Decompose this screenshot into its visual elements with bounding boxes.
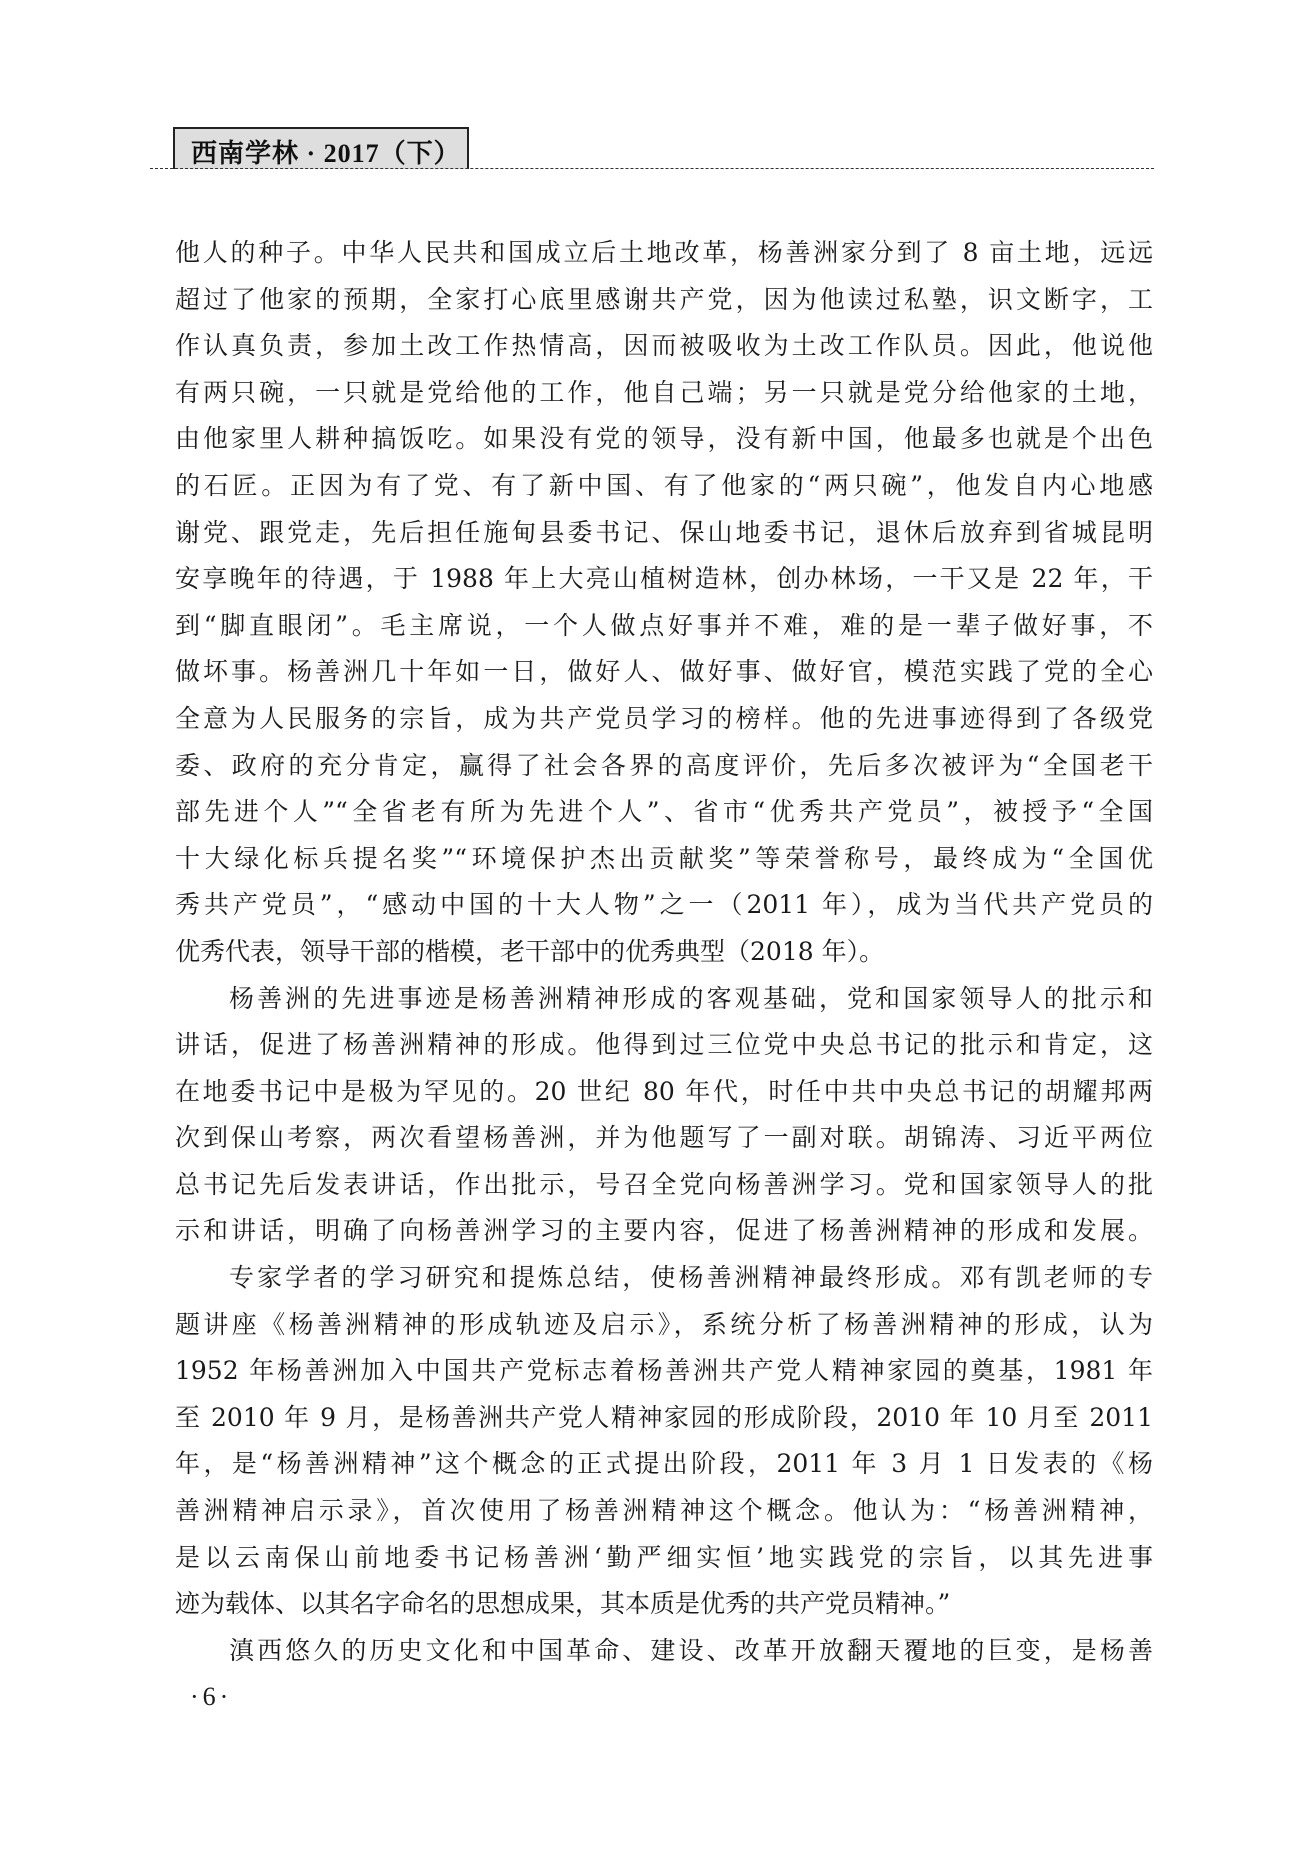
text-line: 杨善洲的先进事迹是杨善洲精神形成的客观基础，党和国家领导人的批示和 (175, 979, 1153, 1026)
body-text: 他人的种子。中华人民共和国成立后土地改革，杨善洲家分到了 8 亩土地，远远 超过… (175, 233, 1153, 1677)
text-line: 的石匠。正因为有了党、有了新中国、有了他家的“两只碗”，他发自内心地感 (175, 466, 1153, 513)
text-line: 到“脚直眼闭”。毛主席说，一个人做点好事并不难，难的是一辈子做好事，不 (175, 606, 1153, 653)
paragraph: 滇西悠久的历史文化和中国革命、建设、改革开放翻天覆地的巨变，是杨善 (175, 1631, 1153, 1678)
text-line: 作认真负责，参加土改工作热情高，因而被吸收为土改工作队员。因此，他说他 (175, 326, 1153, 373)
text-line: 谢党、跟党走，先后担任施甸县委书记、保山地委书记，退休后放弃到省城昆明 (175, 513, 1153, 560)
text-line: 至 2010 年 9 月，是杨善洲共产党人精神家园的形成阶段，2010 年 10… (175, 1398, 1153, 1445)
text-line: 秀共产党员”，“感动中国的十大人物”之一（2011 年），成为当代共产党员的 (175, 885, 1153, 932)
text-line: 他人的种子。中华人民共和国成立后土地改革，杨善洲家分到了 8 亩土地，远远 (175, 233, 1153, 280)
text-line: 做坏事。杨善洲几十年如一日，做好人、做好事、做好官，模范实践了党的全心 (175, 652, 1153, 699)
text-line: 讲话，促进了杨善洲精神的形成。他得到过三位党中央总书记的批示和肯定，这 (175, 1025, 1153, 1072)
text-line: 委、政府的充分肯定，赢得了社会各界的高度评价，先后多次被评为“全国老干 (175, 746, 1153, 793)
text-line: 有两只碗，一只就是党给他的工作，他自己端；另一只就是党分给他家的土地， (175, 373, 1153, 420)
text-line: 全意为人民服务的宗旨，成为共产党员学习的榜样。他的先进事迹得到了各级党 (175, 699, 1153, 746)
text-line: 1952 年杨善洲加入中国共产党标志着杨善洲共产党人精神家园的奠基，1981 年 (175, 1351, 1153, 1398)
paragraph: 他人的种子。中华人民共和国成立后土地改革，杨善洲家分到了 8 亩土地，远远 超过… (175, 233, 1153, 979)
page-number: ·6· (190, 1682, 232, 1712)
text-line: 是以云南保山前地委书记杨善洲‘勤严细实恒’地实践党的宗旨，以其先进事 (175, 1538, 1153, 1585)
paragraph: 专家学者的学习研究和提炼总结，使杨善洲精神最终形成。邓有凯老师的专 题讲座《杨善… (175, 1258, 1153, 1631)
text-line: 由他家里人耕种搞饭吃。如果没有党的领导，没有新中国，他最多也就是个出色 (175, 419, 1153, 466)
text-line: 十大绿化标兵提名奖”“环境保护杰出贡献奖”等荣誉称号，最终成为“全国优 (175, 839, 1153, 886)
text-line: 迹为载体、以其名字命名的思想成果，其本质是优秀的共产党员精神。” (175, 1584, 1153, 1631)
text-line: 超过了他家的预期，全家打心底里感谢共产党，因为他读过私塾，识文断字，工 (175, 280, 1153, 327)
text-line: 滇西悠久的历史文化和中国革命、建设、改革开放翻天覆地的巨变，是杨善 (175, 1631, 1153, 1678)
running-header-title: 西南学林 · 2017（下） (191, 133, 461, 170)
text-line: 示和讲话，明确了向杨善洲学习的主要内容，促进了杨善洲精神的形成和发展。 (175, 1211, 1153, 1258)
paragraph: 杨善洲的先进事迹是杨善洲精神形成的客观基础，党和国家领导人的批示和 讲话，促进了… (175, 979, 1153, 1259)
text-line: 次到保山考察，两次看望杨善洲，并为他题写了一副对联。胡锦涛、习近平两位 (175, 1118, 1153, 1165)
text-line: 安享晚年的待遇，于 1988 年上大亮山植树造林，创办林场，一干又是 22 年，… (175, 559, 1153, 606)
header-dashed-rule (150, 168, 1154, 169)
text-line: 在地委书记中是极为罕见的。20 世纪 80 年代，时任中共中央总书记的胡耀邦两 (175, 1072, 1153, 1119)
text-line: 题讲座《杨善洲精神的形成轨迹及启示》，系统分析了杨善洲精神的形成，认为 (175, 1305, 1153, 1352)
text-line: 总书记先后发表讲话，作出批示，号召全党向杨善洲学习。党和国家领导人的批 (175, 1165, 1153, 1212)
text-line: 优秀代表，领导干部的楷模，老干部中的优秀典型（2018 年）。 (175, 932, 1153, 979)
text-line: 年，是“杨善洲精神”这个概念的正式提出阶段，2011 年 3 月 1 日发表的《… (175, 1444, 1153, 1491)
text-line: 专家学者的学习研究和提炼总结，使杨善洲精神最终形成。邓有凯老师的专 (175, 1258, 1153, 1305)
running-header-box: 西南学林 · 2017（下） (173, 127, 469, 169)
text-line: 善洲精神启示录》，首次使用了杨善洲精神这个概念。他认为：“杨善洲精神， (175, 1491, 1153, 1538)
text-line: 部先进个人”“全省老有所为先进个人”、省市“优秀共产党员”，被授予“全国 (175, 792, 1153, 839)
